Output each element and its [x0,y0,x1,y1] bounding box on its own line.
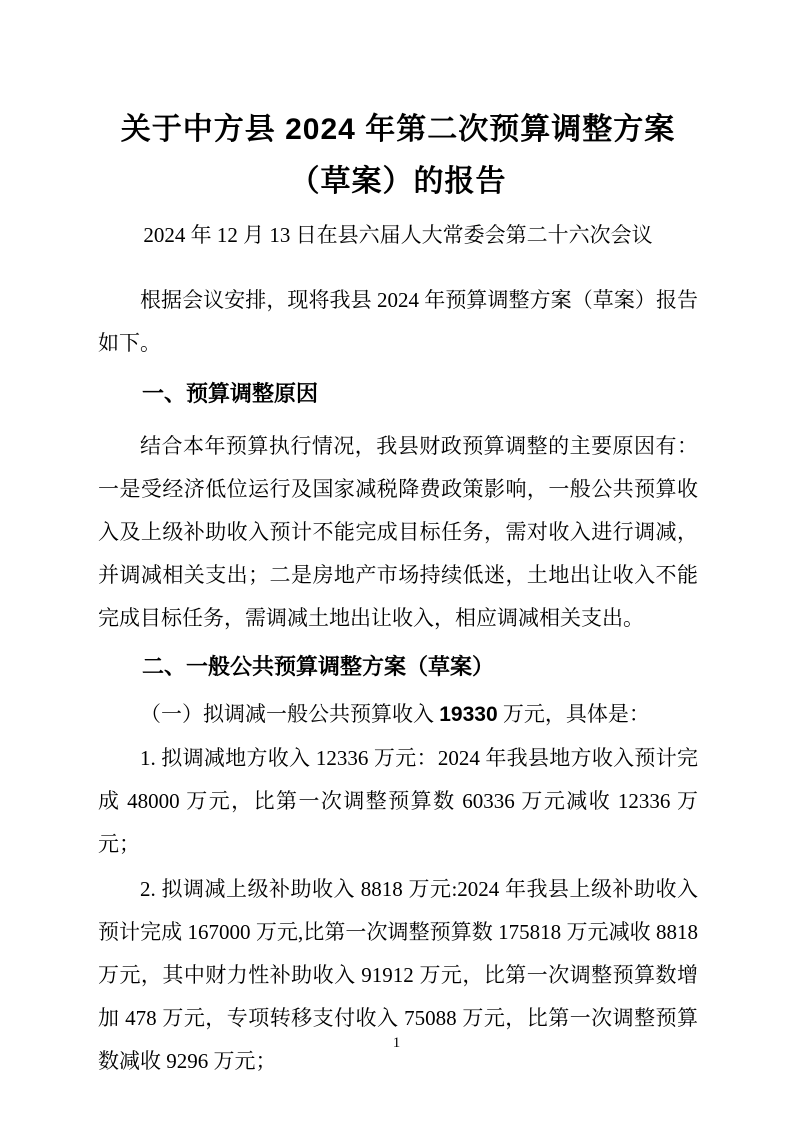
intro-paragraph: 根据会议安排，现将我县 2024 年预算调整方案（草案）报告如下。 [98,279,698,365]
document-page: 关于中方县 2024 年第二次预算调整方案 （草案）的报告 2024 年 12 … [0,0,793,1122]
section-2-subheading: （一）拟调减一般公共预算收入 19330 万元，具体是： [98,693,698,736]
title-line-2: （草案）的报告 [290,165,507,198]
title-line-1: 关于中方县 2024 年第二次预算调整方案 [121,113,675,146]
item-1-paragraph: 1. 拟调减地方收入 12336 万元：2024 年我县地方收入预计完成 480… [98,737,698,866]
subheading-prefix: （一）拟调减一般公共预算收入 [140,702,439,726]
meeting-date-line: 2024 年 12 月 13 日在县六届人大常委会第二十六次会议 [98,214,698,257]
page-number: 1 [0,1033,793,1053]
section-1-heading: 一、预算调整原因 [98,372,698,415]
section-1-paragraph: 结合本年预算执行情况，我县财政预算调整的主要原因有：一是受经济低位运行及国家减税… [98,425,698,640]
subheading-suffix: 万元，具体是： [498,702,650,726]
section-2-heading: 二、一般公共预算调整方案（草案） [98,645,698,688]
page-title: 关于中方县 2024 年第二次预算调整方案 （草案）的报告 [98,104,698,208]
subheading-amount: 19330 [439,703,497,726]
